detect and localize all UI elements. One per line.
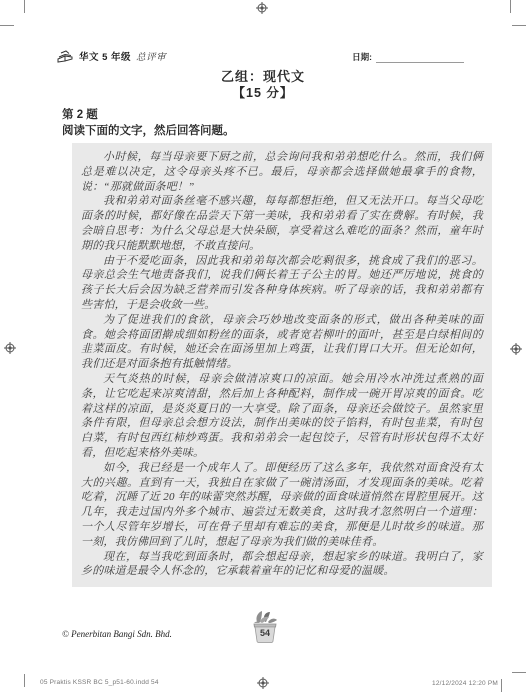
open-book-icon <box>57 50 74 63</box>
passage-paragraph: 天气炎热的时候，母亲会做清凉爽口的凉面。她会用冷水冲洗过煮熟的面条，让它吃起来凉… <box>81 372 483 461</box>
copyright-line: © Penerbitan Bangi Sdn. Bhd. <box>62 629 172 639</box>
crop-mark-top-left-h <box>0 25 14 26</box>
crop-mark-bottom-right-v <box>501 679 502 692</box>
question-instruction: 阅读下面的文字，然后回答问题。 <box>62 124 235 139</box>
crop-mark-top-right-h <box>512 25 526 26</box>
series-brand: 华文 5 年级 总评审 <box>57 49 166 63</box>
crop-mark-bottom-left-v <box>24 674 25 687</box>
registration-mark-icon <box>256 2 268 14</box>
passage-paragraph: 为了促进我们的食欲，母亲会巧妙地改变面条的形式，做出各种美味的面食。她会将面团擀… <box>81 313 483 372</box>
registration-mark-icon <box>510 343 522 355</box>
registration-mark-icon <box>257 677 269 689</box>
passage-paragraph: 如今，我已经是一个成年人了。即便经历了这么多年，我依然对面食没有太大的兴趣。直到… <box>81 461 483 550</box>
crop-mark-top-right-v <box>510 0 511 13</box>
registration-mark-icon <box>4 342 16 354</box>
passage-paragraph: 我和弟弟对面条丝毫不感兴趣，每每都想拒绝，但又无法开口。每当父母吃面条的时候，都… <box>81 194 483 253</box>
crop-mark-top-left-v <box>24 0 25 13</box>
section-title-block: 乙组：现代文 【15 分】 <box>0 68 526 102</box>
passage-paragraph: 由于不爱吃面条，因此我和弟弟每次都会吃剩很多，挑食成了我们的恶习。母亲总会生气地… <box>81 254 483 313</box>
passage-paragraph: 小时候，每当母亲要下厨之前，总会询问我和弟弟想吃什么。然而，我们俩总是难以决定，… <box>81 150 483 194</box>
question-number: 第 2 题 <box>62 108 235 123</box>
section-marks: 【15 分】 <box>0 85 526 102</box>
date-field: 日期: <box>352 51 464 63</box>
page-header: 华文 5 年级 总评审 日期: <box>57 49 464 63</box>
workbook-page: 华文 5 年级 总评审 日期: 乙组：现代文 【15 分】 第 2 题 阅读下面… <box>0 0 526 700</box>
passage-box: 小时候，每当母亲要下厨之前，总会询问我和弟弟想吃什么。然而，我们俩总是难以决定，… <box>72 143 492 587</box>
section-group-title: 乙组：现代文 <box>0 68 526 85</box>
series-title: 华文 5 年级 <box>79 49 131 63</box>
question-block: 第 2 题 阅读下面的文字，然后回答问题。 <box>62 108 235 139</box>
print-timestamp: 12/12/2024 12:20 PM <box>432 680 498 687</box>
passage-paragraph: 现在，每当我吃到面条时，都会想起母亲，想起家乡的味道。我明白了，家乡的味道是最令… <box>81 550 483 580</box>
page-number: 54 <box>260 628 270 638</box>
date-label: 日期: <box>352 51 372 63</box>
crop-mark-bottom-right-h <box>512 672 526 673</box>
date-blank-line <box>376 53 464 63</box>
print-file-info: 05 Praktis KSSR BC 5_p51-60.indd 54 <box>40 679 159 686</box>
basket-with-leaves-icon: 54 <box>247 610 281 646</box>
series-subtitle: 总评审 <box>136 49 166 63</box>
